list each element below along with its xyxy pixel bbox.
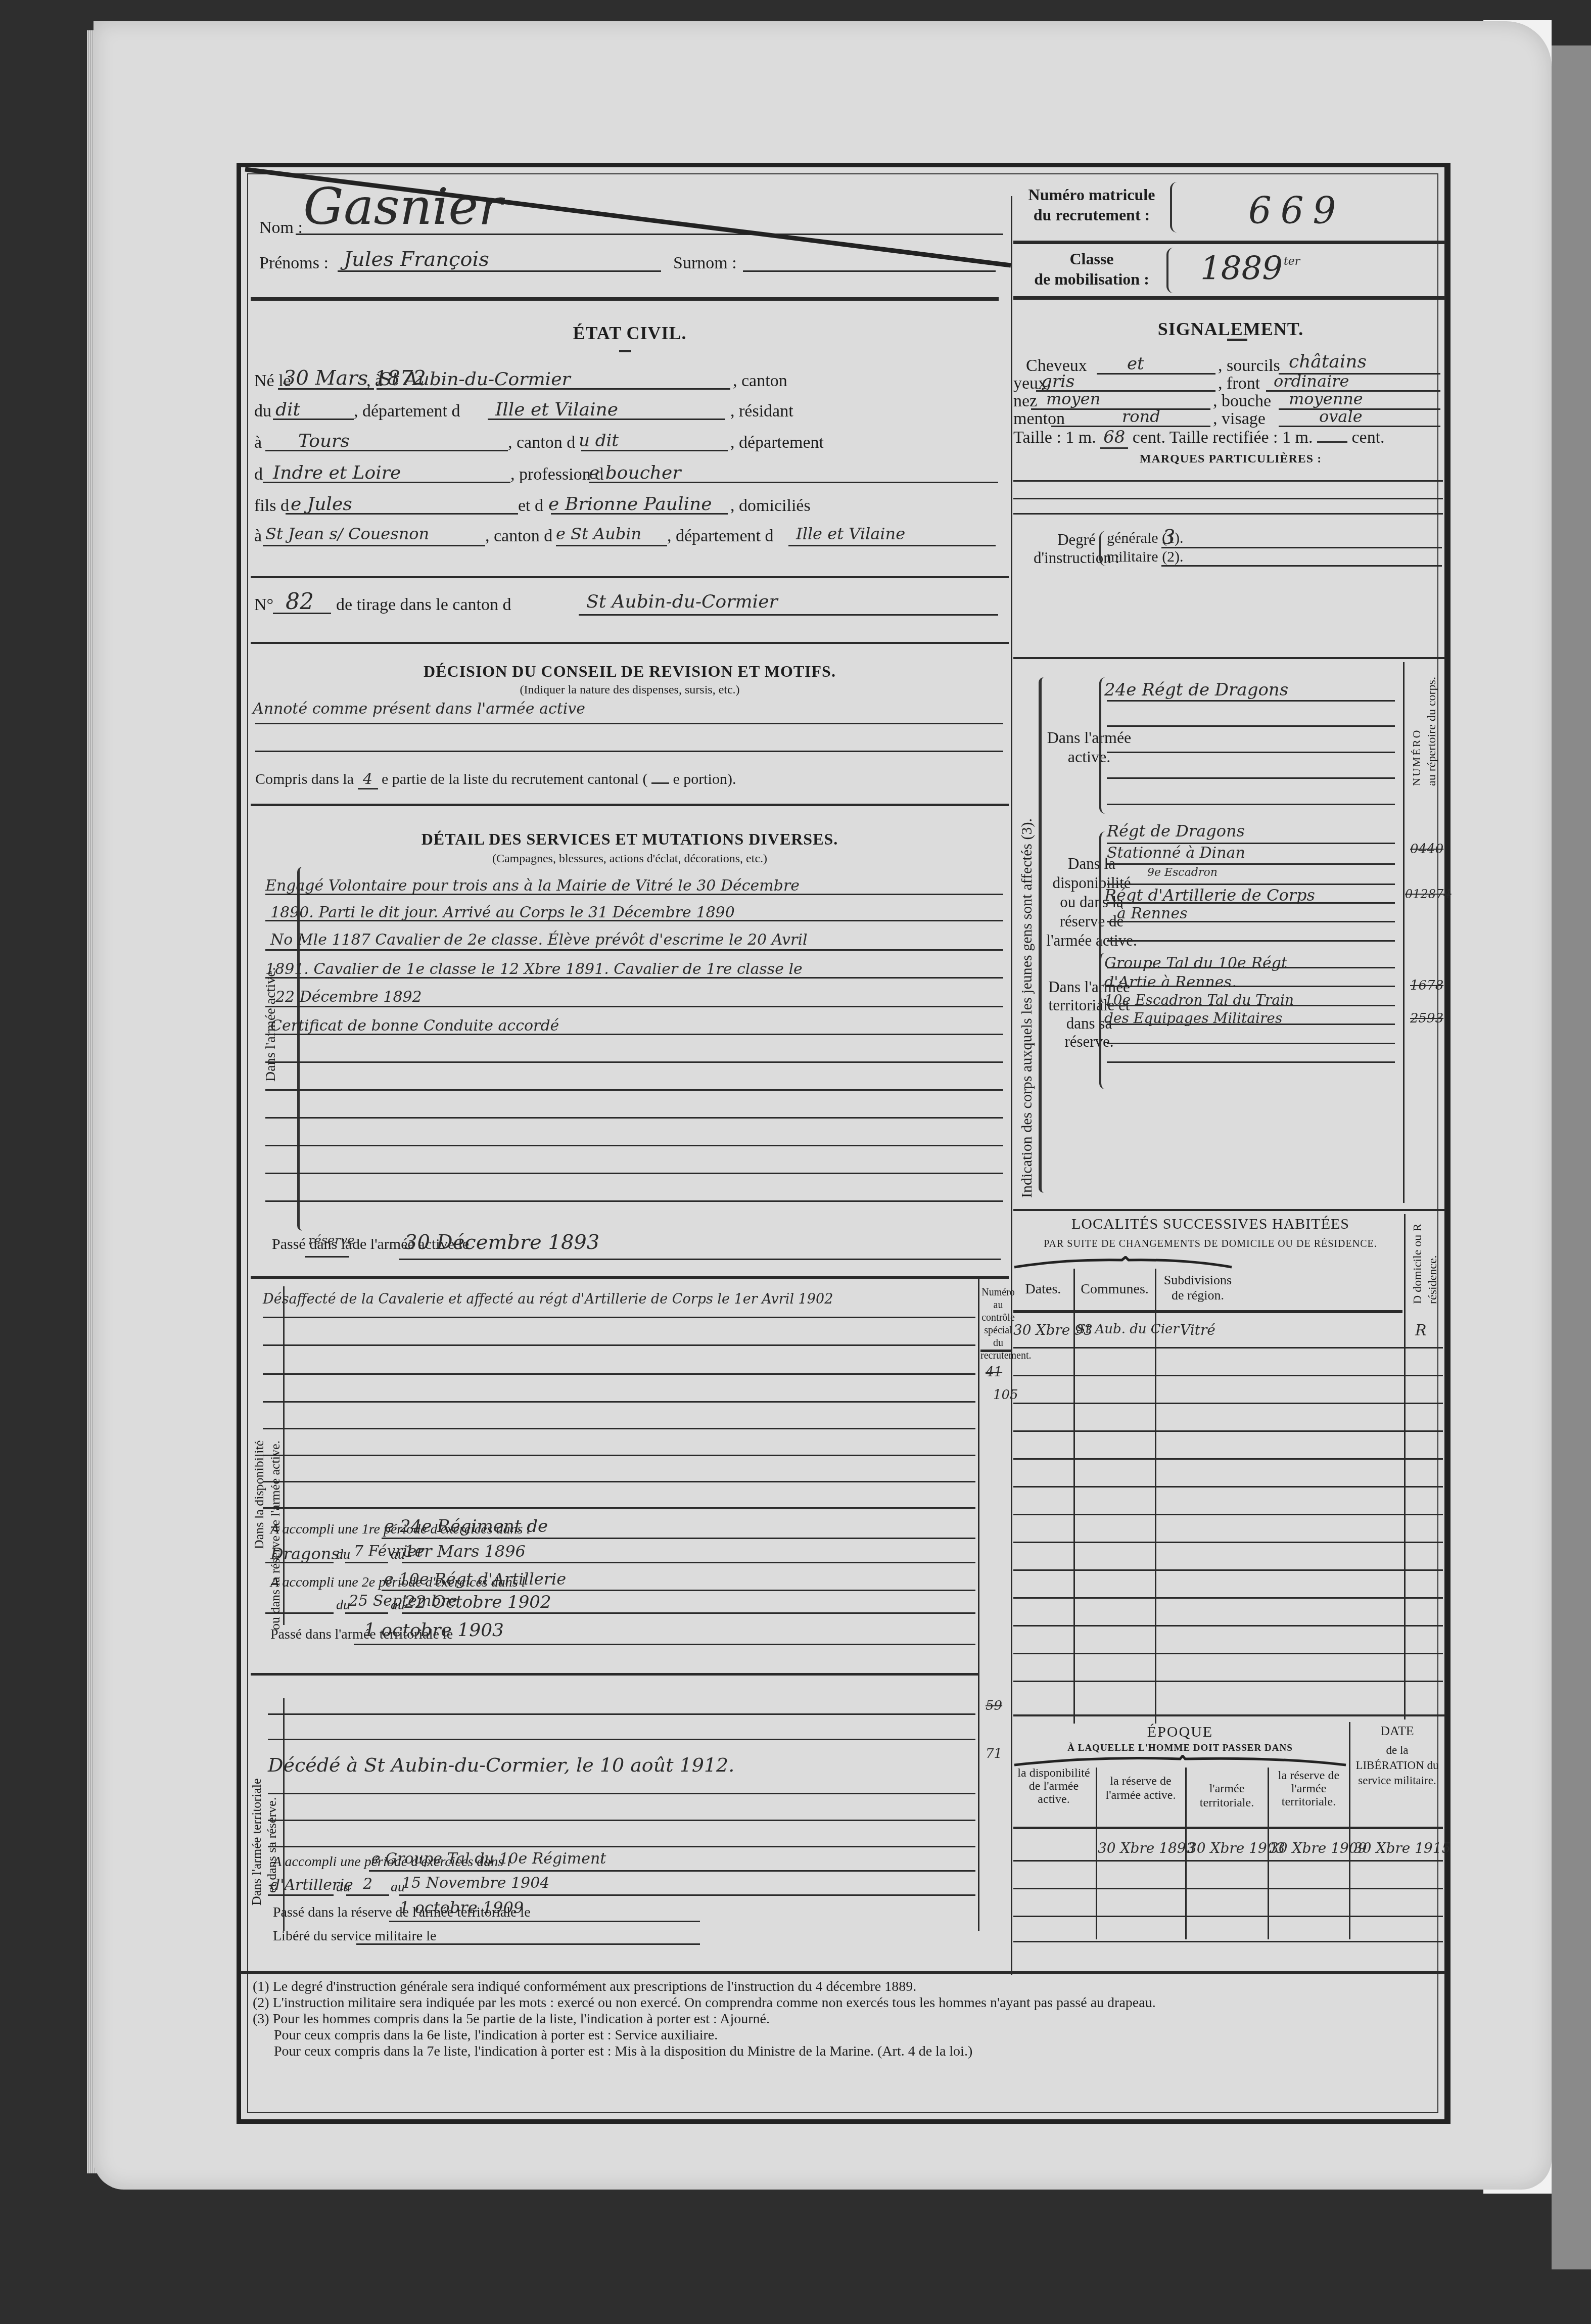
classe-brace [1166,248,1176,293]
active-label: Dans l'armée active. [1046,728,1132,766]
service-rule-7 [265,1061,1003,1063]
disponibilite-rule-5 [1107,921,1395,922]
service-line-4: 1891. Cavalier de 1e classe le 12 Xbre 1… [265,960,803,978]
services-subtitle: (Campagnes, blessures, actions d'éclat, … [251,852,1009,866]
passe-territoriale-line [354,1644,975,1645]
a2-label: à [254,433,262,452]
territoriale-line-2: d'Artie à Rennes. [1104,973,1237,991]
numero-label-1: NUMÉRO [1410,729,1423,786]
tirage-no-line [273,613,331,614]
canton2-label: , canton d [508,433,575,452]
periode1-value: e 24e Régiment de [384,1516,548,1537]
compris-label: Compris dans la 4 e partie de la liste d… [255,770,736,789]
matricule-divider [1013,241,1445,244]
periode2-au-label: au [391,1597,405,1613]
localites-col-divider-2 [1155,1269,1156,1724]
header-divider [251,297,999,301]
signalement-rule [1227,339,1247,341]
localites-rule-3 [1013,1403,1443,1404]
disp-rule-3 [263,1373,975,1375]
passe-date: 30 Décembre 1893 [404,1231,599,1254]
front-label: , front [1218,374,1260,393]
service-rule-3 [265,949,1003,951]
localites-rule-4 [1013,1430,1443,1432]
numero-controle-1: 41 [986,1365,1002,1380]
service-rule-1 [265,894,1003,895]
liberation-value: 30 Xbre 1915 [1353,1840,1451,1856]
epoque-col-reserve-active: la réserve de l'armée active. [1098,1774,1184,1802]
periode2-au-line [402,1612,975,1614]
terr-rule-1 [268,1713,975,1715]
service-line-5: 22 Décembre 1892 [275,988,422,1006]
disponibilite-rule-3 [1107,884,1395,885]
bouche-value: moyenne [1289,389,1363,408]
marques-title: MARQUES PARTICULIÈRES : [1013,452,1448,466]
disponibilite-side-label-1: Dans la disponibilité [252,1440,267,1549]
terr-periode-au: 15 Novembre 1904 [402,1874,549,1892]
disponibilite-line-1: Régt de Dragons [1107,821,1245,841]
disponibilite-divider [251,1673,978,1676]
terr-periode-value: e Groupe Tal du 10e Régiment [371,1850,606,1868]
periode2-du-line [345,1612,388,1614]
terr-reserve-date: 1 octobre 1909 [399,1898,524,1917]
territoriale-rule-4 [1107,1024,1395,1025]
father-line [286,513,518,515]
localites-rule-9 [1013,1569,1443,1571]
epoque-reserve-active-value: 30 Xbre 1893 [1098,1840,1195,1856]
footnote-3: (3) Pour les hommes compris dans la 5e p… [253,2011,1440,2027]
active-rule-5 [1107,804,1395,805]
departement-label: , département d [354,402,460,421]
footnotes-divider [240,1971,1445,1974]
birthplace-value: St Aubin-du-Cormier [379,369,571,390]
service-rule-5 [265,1006,1003,1007]
localites-type-divider [1404,1214,1406,1719]
periode1-value2: Dragons [270,1544,340,1563]
nez-value: moyen [1046,389,1100,408]
localites-row-type: R [1415,1322,1427,1339]
service-rule-2 [265,920,1003,921]
periode1-du-label: du [336,1547,350,1563]
domicilies-label: , domiciliés [730,496,811,516]
visage-label: , visage [1213,409,1266,429]
disp-rule-5 [263,1428,975,1429]
numero-controle-2: 105 [993,1387,1018,1403]
terr-periode-au-line [399,1894,975,1896]
passe-value-line [305,1256,349,1258]
periode2-blank-line [265,1612,334,1614]
footnotes: (1) Le degré d'instruction générale sera… [253,1979,1440,2060]
decision-title: DÉCISION DU CONSEIL DE REVISION ET MOTIF… [251,662,1009,681]
localites-rule-2 [1013,1375,1443,1376]
epoque-top-rule [1013,1714,1445,1716]
signalement-divider [1013,657,1445,659]
prenoms-value: Jules François [344,248,489,271]
terr-rule-4 [268,1820,975,1821]
numero-divider [1403,662,1405,1203]
epoque-col-reserve-territoriale: la réserve de l'armée territoriale. [1270,1769,1348,1808]
terr-periode-line [369,1870,975,1872]
sourcils-value: châtains [1289,351,1367,372]
cheveux-value: et [1127,354,1144,374]
service-rule-4 [265,977,1003,979]
service-rule-8 [265,1089,1003,1091]
periode2-du-label: du [336,1597,350,1613]
yeux-value: gris [1041,371,1074,392]
matricule-label: Numéro matriculedu recrutement : [1016,184,1167,225]
localites-rule-7 [1013,1514,1443,1515]
tirage-no-value: 82 [286,589,314,615]
departement-line [488,419,725,420]
departement3-label: , département d [667,527,774,546]
service-line-2: 1890. Parti le dit jour. Arrivé au Corps… [270,904,735,921]
disponibilite-rule-4 [1107,902,1395,904]
disp-rule-7 [263,1481,975,1482]
terr-periode-du-line [346,1894,389,1896]
disponibilite-line-2: Stationné à Dinan [1107,844,1245,862]
departement3-line [788,545,996,546]
taille-row: Taille : 1 m. 68 cent. Taille rectifiée … [1013,427,1385,449]
canton-label: , canton [733,371,787,391]
epoque-title: ÉPOQUE [1013,1724,1347,1741]
footnote-1: (1) Le degré d'instruction générale sera… [253,1979,1440,1995]
service-rule-6 [265,1034,1003,1035]
terr-numero-1: 59 [986,1698,1002,1713]
liberation-title: DATE [1350,1724,1444,1739]
column-divider [1011,196,1012,1975]
du-label: du [254,402,271,421]
disponibilite-line-3: 9e Escadron [1147,866,1218,879]
epoque-col-disponibilite: la disponibilité de l'armée active. [1013,1767,1094,1806]
disponibilite-rule-6 [1107,940,1395,942]
liberation-label: de la LIBÉRATION du service militaire. [1350,1743,1444,1788]
departement2-line [263,482,510,483]
classe-value: 1889 [1200,250,1283,288]
localites-rule-11 [1013,1625,1443,1626]
localites-rule-5 [1013,1458,1443,1460]
menton-value: rond [1122,407,1160,426]
periode1-au: 1er Mars 1896 [404,1542,526,1561]
services-divider [251,1276,1009,1279]
canton-line [273,419,354,420]
canton-value: dit [275,399,300,420]
terr-periode-du-label: du [336,1879,350,1895]
front-value: ordinaire [1274,371,1349,391]
localites-subtitle: PAR SUITE DE CHANGEMENTS DE DOMICILE OU … [1013,1238,1408,1250]
localites-side-label: D domicile ou R résidence. [1410,1213,1440,1304]
epoque-rule-3 [1013,1916,1443,1917]
book-binding [1552,45,1591,2269]
terr-periode-value2-line [268,1894,334,1896]
deces-value: Décédé à St Aubin-du-Cormier, le 10 août… [268,1754,734,1776]
localites-col-dates: Dates. [1013,1281,1073,1297]
periode2-value: e 10e Régt d'Artillerie [384,1569,566,1589]
decision-value: Annoté comme présent dans l'armée active [253,700,585,718]
mother-value: e Brionne Pauline [548,494,712,515]
localites-rule-10 [1013,1597,1443,1599]
active-line-1: 24e Régt de Dragons [1104,680,1288,700]
passe-value: réserve [308,1233,354,1247]
decision-divider [251,804,1009,806]
epoque-header-rule [1013,1827,1443,1829]
compris-value: 4 [358,770,378,789]
localites-brace-icon [1013,1256,1233,1271]
domicile-line [263,545,485,546]
territoriale-side-label-1: Dans l'armée territoriale [249,1778,264,1905]
departement3-value: Ille et Vilaine [796,524,905,543]
periode1-value2-line [265,1562,334,1563]
bouche-label: , bouche [1213,392,1271,411]
territoriale-line-1: Groupe Tal du 10e Régt [1104,954,1287,972]
terr-libere-line [356,1943,700,1945]
territoriale-rule-1 [1107,967,1395,968]
residant-label: , résidant [730,402,793,421]
services-title: DÉTAIL DES SERVICES ET MUTATIONS DIVERSE… [251,830,1009,849]
passe-territoriale-date: 1 octobre 1903 [364,1620,504,1641]
active-rule-1 [1107,700,1395,702]
etat-civil-divider [251,576,1009,578]
localites-header-rule [1013,1310,1402,1313]
footnote-2: (2) L'instruction militaire sera indiqué… [253,1995,1440,2011]
territoriale-rule-3 [1107,1005,1395,1006]
service-rule-10 [265,1145,1003,1146]
sourcils-label: , sourcils [1218,356,1280,376]
cheveux-line [1097,373,1215,375]
profession-value: e boucher [589,462,681,483]
service-rule-9 [265,1117,1003,1119]
disponibilite-number-1: 0440 [1410,842,1443,857]
domicile-value: St Jean s/ Couesnon [265,524,429,543]
fils-de-label: fils d [254,496,289,516]
service-line-1: Engagé Volontaire pour trois ans à la Ma… [265,877,800,895]
periode1-au-line [402,1562,975,1563]
territoriale-rule-2 [1107,986,1395,987]
service-rule-12 [265,1200,1003,1202]
localites-col-communes: Communes. [1075,1281,1154,1297]
etat-civil-title: ÉTAT CIVIL. [251,322,1009,344]
territoriale-number-2: 2593 [1410,1011,1443,1026]
terr-rule-2 [268,1739,975,1740]
localites-rule-12 [1013,1653,1443,1654]
tirage-label: de tirage dans le canton d [336,595,511,615]
decision-line-1 [255,723,1003,724]
militaire-label: militaire (2). [1107,548,1184,566]
disponibilite-rule-2 [1107,863,1395,865]
epoque-subtitle: À LAQUELLE L'HOMME DOIT PASSER DANS [1013,1743,1347,1754]
localites-rule-6 [1013,1486,1443,1488]
epoque-rule-1 [1013,1860,1443,1862]
numero-controle-divider [978,1279,979,1931]
active-rule-2 [1107,725,1395,727]
corps-side-label: Indication des corps auxquels les jeunes… [1018,818,1036,1198]
canton2-line [581,450,728,451]
a3-label: à [254,527,262,546]
canton2-value: u dit [579,431,619,451]
terr-reserve-line [389,1921,700,1922]
surnom-label: Surnom : [673,254,737,273]
residence-line [265,450,508,451]
localites-rule-8 [1013,1542,1443,1543]
services-brace [297,867,305,1231]
passe-date-line [399,1259,1001,1260]
prenoms-line [338,270,661,272]
matricule-value: 669 [1248,190,1345,232]
departement2-label: , département [730,433,824,452]
tirage-canton-value: St Aubin-du-Cormier [586,591,778,612]
canton3-line [556,545,667,546]
service-rule-11 [265,1173,1003,1174]
localites-title: LOCALITÉS SUCCESSIVES HABITÉES [1013,1216,1408,1233]
tirage-no-label: N° [254,595,273,615]
taille-value: 68 [1100,427,1128,449]
classe-label: Classede mobilisation : [1016,249,1167,289]
classe-suffix: ter [1284,255,1300,268]
terr-numero-2: 71 [986,1746,1002,1761]
decision-subtitle: (Indiquer la nature des dispenses, sursi… [251,683,1009,697]
footnote-4: Pour ceux compris dans la 6e liste, l'in… [253,2027,1440,2043]
birthplace-line [377,388,730,390]
localites-rule-1 [1013,1347,1443,1349]
corps-brace [1039,677,1047,1193]
epoque-reserve-territoriale-value: 30 Xbre 1909 [1270,1840,1367,1856]
canton3-value: e St Aubin [556,524,641,543]
periode1-line [382,1538,975,1539]
periode1-du-line [345,1562,388,1563]
corps-divider [1013,1209,1445,1211]
numero-controle-rule [980,1350,1011,1352]
surnom-line [743,270,996,272]
epoque-rule-2 [1013,1888,1443,1889]
territoriale-rule-6 [1107,1061,1395,1063]
periode2-line [382,1590,975,1591]
mother-line [551,513,728,515]
localites-row-commune: St Aub. du Cier [1077,1322,1179,1337]
terr-libere-label: Libéré du service militaire le [273,1928,436,1944]
active-rule-4 [1107,777,1395,779]
numero-label-2: au répertoire du corps. [1425,677,1439,786]
departement2-value: Indre et Loire [273,462,401,483]
marques-line-2 [1013,498,1443,499]
generale-value: 3 [1162,526,1175,549]
residence-value: Tours [298,431,350,451]
epoque-rule-4 [1013,1941,1443,1942]
d-label: d [254,465,263,484]
generale-line [1161,547,1442,548]
territoriale-rule-5 [1107,1043,1395,1044]
matricule-brace [1170,182,1179,233]
disponibilite-number-2: 012874 [1405,887,1452,901]
marques-line-1 [1013,480,1443,482]
title-rule [619,350,631,352]
departement-value: Ille et Vilaine [495,399,618,420]
localites-col-subdivisions: Subdivisions de région. [1157,1273,1238,1303]
signalement-title: SIGNALEMENT. [1013,318,1448,340]
periode2-au: 22 Octobre 1902 [404,1592,551,1612]
disponibilite-line-5: à Rennes [1117,905,1188,922]
tirage-divider [251,642,1009,644]
service-line-6: Certificat de bonne Conduite accordé [270,1017,559,1035]
visage-value: ovale [1319,407,1363,426]
ne-le-line [278,388,374,390]
territoriale-brace [283,1698,289,1931]
active-rule-3 [1107,752,1395,753]
localites-rule-13 [1013,1681,1443,1682]
militaire-line [1161,565,1442,567]
decision-line-2 [255,751,1003,752]
epoque-col-divider-1 [1096,1768,1097,1939]
marques-line-3 [1013,513,1443,515]
father-value: e Jules [291,494,352,515]
canton3-label: , canton d [485,527,552,546]
desaffecte-line: Désaffecté de la Cavalerie et affecté au… [263,1291,833,1307]
profession-line [589,482,998,483]
tirage-canton-line [579,614,998,616]
footnote-5: Pour ceux compris dans la 7e liste, l'in… [253,2043,1440,2060]
taille-rectifiee-value [1317,441,1347,443]
terr-periode-du: 2 [363,1875,372,1893]
territoriale-number-1: 1678 [1410,978,1443,993]
terr-rule-5 [268,1846,975,1847]
periode1-au-label: au [391,1547,405,1563]
disp-rule-1 [263,1317,975,1318]
prenoms-label: Prénoms : [259,254,329,273]
disp-rule-4 [263,1401,975,1403]
disp-rule-6 [263,1455,975,1456]
epoque-col-territoriale: l'armée territoriale. [1188,1782,1266,1810]
et-de-label: et d [518,496,543,516]
terr-rule-3 [268,1793,975,1794]
disp-rule-8 [263,1507,975,1509]
disp-rule-2 [263,1344,975,1346]
service-line-3: No Mle 1187 Cavalier de 2e classe. Élève… [270,931,808,949]
classe-divider [1013,296,1445,300]
localites-row-subdivision: Vitré [1180,1322,1215,1338]
